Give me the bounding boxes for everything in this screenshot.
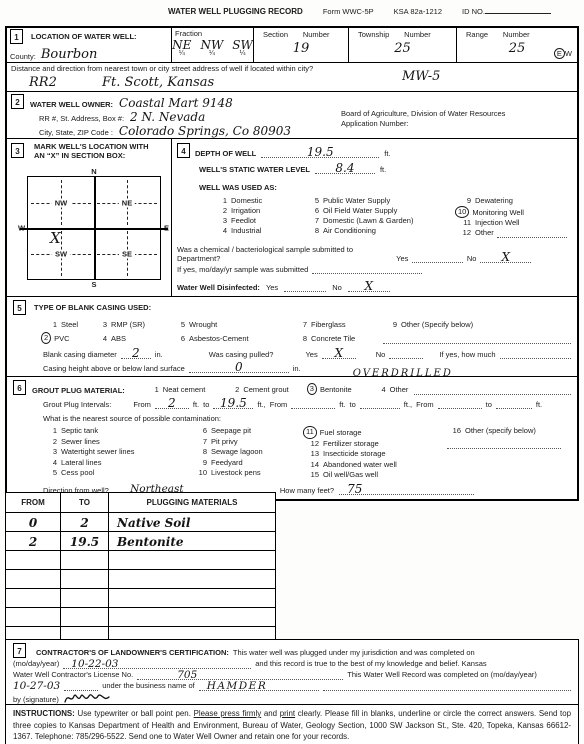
range-number-cell: Range Number 25 EW <box>457 28 577 62</box>
signature-scribble <box>63 691 111 705</box>
in-unit: in. <box>155 350 163 359</box>
row2-material: Bentonite <box>117 536 184 548</box>
use-option-5: 5Public Water Supply <box>305 196 457 206</box>
sample-yes-label: Yes <box>396 254 408 263</box>
ft-unit: ft. <box>536 400 542 409</box>
disinfected-no-blank: X <box>348 284 390 292</box>
pulled-yes-x: X <box>334 347 343 359</box>
ft-unit: ft. <box>339 400 345 409</box>
section-6-title: GROUT PLUG MATERIAL: <box>32 386 125 395</box>
section-5-casing: 5 TYPE OF BLANK CASING USED: 1Steel 3RMP… <box>7 296 577 376</box>
table-row <box>6 570 276 589</box>
grout-other-blank <box>414 387 571 395</box>
completed-date-value: 10-22-03 <box>71 659 118 670</box>
use-option-12: 12Other <box>457 228 567 238</box>
business-name-label: under the business name of <box>102 680 195 691</box>
row1-to: 2 <box>80 517 88 529</box>
township-number-label: Township Number <box>352 29 453 39</box>
range-number-label: Range Number <box>460 29 574 39</box>
section-7-certification: 7 CONTRACTOR'S OF LANDOWNER'S CERTIFICAT… <box>5 639 579 709</box>
section-number-cell: Section Number 19 <box>254 28 349 62</box>
row2-from: 2 <box>29 536 37 548</box>
contamination-label: What is the nearest source of possible c… <box>43 414 571 423</box>
address-value: 2 N. Nevada <box>130 111 205 123</box>
quadrant-sw: SW <box>28 228 94 279</box>
county-value: Bourbon <box>41 48 98 61</box>
instructions-box: INSTRUCTIONS: Use typewriter or ball poi… <box>5 704 579 744</box>
form-title: WATER WELL PLUGGING RECORD <box>168 7 303 16</box>
casing-option-1: 1Steel <box>43 320 93 330</box>
row2-to: 19.5 <box>70 536 99 548</box>
casing-option-9: 9Other (Specify below) <box>383 320 473 330</box>
distance-label: Distance and direction from nearest town… <box>11 64 573 73</box>
board-of-agriculture-block: Board of Agriculture, Division of Water … <box>341 109 505 129</box>
contam-option-8: 8Sewage lagoon <box>193 447 305 458</box>
grout-intervals-label: Grout Plug Intervals: <box>43 400 111 409</box>
use-other-blank <box>497 230 567 238</box>
sections-3-4-row: 3 MARK WELL'S LOCATION WITH AN “X” IN SE… <box>7 138 577 296</box>
ft-unit: ft. <box>380 165 386 174</box>
instructions-text-1: Use typewriter or ball point pen. <box>75 709 194 718</box>
section-5-number: 5 <box>13 300 26 315</box>
instructions-text-2: and <box>261 709 280 718</box>
owner-value: Coastal Mart 9148 <box>119 97 233 109</box>
use-option-4: 4Industrial <box>213 226 305 236</box>
distance-city: Ft. Scott, Kansas <box>102 76 214 89</box>
interval3-to-blank <box>496 401 532 409</box>
section-3-title-line1: MARK WELL'S LOCATION WITH <box>34 142 154 151</box>
sample-question: Was a chemical / bacteriological sample … <box>177 245 392 263</box>
city-state-zip-label: City, State, ZIP Code : <box>39 128 113 137</box>
id-no-label: ID NO. <box>462 6 551 16</box>
use-option-11: 11Injection Well <box>457 218 567 228</box>
use-option-1: 1Domestic <box>213 196 305 206</box>
depth-of-well-value: 19.5 <box>307 146 334 158</box>
casing-diameter-blank: 2 <box>121 351 151 359</box>
table-row <box>6 589 276 608</box>
section-1-location-row: 1 LOCATION OF WATER WELL: County: Bourbo… <box>7 28 577 62</box>
interval1-to-blank: 19.5 <box>213 401 253 409</box>
disinfected-no-label: No <box>332 283 342 292</box>
static-water-level-blank: 8.4 <box>315 166 375 174</box>
fraction-label: Fraction <box>175 29 250 38</box>
contam-option-14: 14Abandoned water well <box>305 460 447 471</box>
use-option-10-circled: 10Monitoring Well <box>457 206 567 218</box>
ft-unit: ft. <box>384 149 390 158</box>
interval1-from-value: 2 <box>168 397 176 409</box>
from-label: From <box>416 400 434 409</box>
use-option-9: 9Dewatering <box>457 196 567 206</box>
pulled-yes-blank: X <box>322 351 356 359</box>
to-label: to <box>486 400 492 409</box>
form-number: Form WWC-5P <box>323 7 374 16</box>
contam-option-2: 2Sewer lines <box>43 437 193 448</box>
section-number-value: 19 <box>257 42 345 55</box>
fraction-2: NW¼ <box>200 39 223 57</box>
casing-option-7: 7Fiberglass <box>293 320 383 330</box>
west-option: W <box>565 49 572 58</box>
ft-unit: ft. <box>193 400 199 409</box>
interval2-from-blank <box>291 401 335 409</box>
overdrilled-note: OVERDRILLED <box>353 368 453 379</box>
contam-option-13: 13Insecticide storage <box>305 449 447 460</box>
grout-option-4: 4Other <box>372 385 409 395</box>
casing-option-5: 5Wrought <box>171 320 293 330</box>
well-use-options: 1Domestic 2Irrigation 3Feedlot 4Industri… <box>213 196 571 238</box>
interval2-to-blank <box>360 401 400 409</box>
license-label: Water Well Contractor's License No. <box>13 669 133 680</box>
pulled-no-blank <box>389 351 423 359</box>
section-3-number: 3 <box>11 143 24 158</box>
casing-option-4: 4ABS <box>93 334 171 344</box>
static-water-level-label: WELL'S STATIC WATER LEVEL <box>199 165 310 174</box>
use-option-2: 2Irrigation <box>213 206 305 216</box>
quadrant-ne: NE <box>94 177 160 228</box>
statute-ref: KSA 82a-1212 <box>394 7 442 16</box>
township-number-value: 25 <box>352 42 453 55</box>
mo-day-year-label: (mo/day/year) <box>13 658 59 669</box>
static-water-level-value: 8.4 <box>335 162 354 174</box>
section-6-number: 6 <box>13 380 26 395</box>
press-firmly-underlined: Please press firmly <box>194 709 262 718</box>
contam-other-blank <box>447 441 561 449</box>
section-number-label: Section Number <box>257 29 345 39</box>
section-2-owner: 2 WATER WELL OWNER: Coastal Mart 9148 RR… <box>7 91 577 138</box>
sample-no-label: No <box>467 254 477 263</box>
record-date-blank <box>64 683 98 691</box>
casing-option-8: 8Concrete Tile <box>293 334 383 344</box>
section-5-title: TYPE OF BLANK CASING USED: <box>34 303 151 312</box>
contam-option-4: 4Lateral lines <box>43 458 193 469</box>
quadrant-nw: NW <box>28 177 94 228</box>
disinfected-label: Water Well Disinfected: <box>177 283 260 292</box>
grout-option-3-circled: 3Bentonite <box>309 383 352 395</box>
form-body: 1 LOCATION OF WATER WELL: County: Bourbo… <box>5 26 579 501</box>
contamination-options: 1Septic tank 2Sewer lines 3Watertight se… <box>43 426 571 481</box>
sample-no-blank: X <box>480 255 531 263</box>
east-circled: E <box>554 48 565 59</box>
contam-option-9: 9Feedyard <box>193 458 305 469</box>
form-header: WATER WELL PLUGGING RECORD Form WWC-5P K… <box>168 6 580 16</box>
pulled-no-label: No <box>376 350 386 359</box>
use-option-8: 8Air Conditioning <box>305 226 457 236</box>
contam-option-16: 16Other (specify below) <box>447 426 571 437</box>
city-state-zip-value: Colorado Springs, Co 80903 <box>119 125 291 137</box>
to-label: to <box>350 400 356 409</box>
interval1-from-blank: 2 <box>155 401 189 409</box>
fraction-cell: Fraction NE¼ NW¼ SW¼ <box>172 28 254 62</box>
section-1-number: 1 <box>10 29 23 44</box>
how-many-feet-label: How many feet? <box>280 486 334 495</box>
grout-option-2: 2Cement grout <box>225 385 288 395</box>
casing-diameter-label: Blank casing diameter <box>43 350 117 359</box>
plugging-materials-table: FROM TO PLUGGING MATERIALS 0 2 Native So… <box>5 492 276 646</box>
from-header: FROM <box>6 493 61 513</box>
casing-height-blank: 0 <box>189 365 289 373</box>
quadrant-se: SE <box>94 228 160 279</box>
instructions-title: INSTRUCTIONS: <box>13 709 75 718</box>
contam-option-12: 12Fertilizer storage <box>305 439 447 450</box>
table-header-row: FROM TO PLUGGING MATERIALS <box>6 493 276 513</box>
section-6-grout: 6 GROUT PLUG MATERIAL: 1Neat cement 2Cem… <box>7 376 577 499</box>
how-much-blank <box>500 351 571 359</box>
fraction-3: SW¼ <box>232 39 253 57</box>
section-3-title-line2: AN “X” IN SECTION BOX: <box>34 151 154 160</box>
certification-text-1: This water well was plugged under my jur… <box>233 647 475 658</box>
well-used-as-label: WELL WAS USED AS: <box>199 183 571 192</box>
contam-option-6: 6Seepage pit <box>193 426 305 437</box>
casing-diameter-value: 2 <box>132 347 140 359</box>
table-row: 2 19.5 Bentonite <box>6 532 276 551</box>
casing-option-3: 3RMP (SR) <box>93 320 171 330</box>
use-option-6: 6Oil Field Water Supply <box>305 206 457 216</box>
well-name: MW-5 <box>402 70 440 83</box>
compass-north: N <box>91 167 96 176</box>
application-number-label: Application Number: <box>341 119 505 129</box>
contam-option-1: 1Septic tank <box>43 426 193 437</box>
certification-title: CONTRACTOR'S OF LANDOWNER'S CERTIFICATIO… <box>36 647 229 658</box>
to-label: to <box>203 400 209 409</box>
plugging-materials-header: PLUGGING MATERIALS <box>109 493 276 513</box>
row1-material: Native Soil <box>117 517 190 529</box>
from-label: From <box>133 400 151 409</box>
section-4-number: 4 <box>177 143 190 158</box>
table-row <box>6 608 276 627</box>
disinfected-no-x: X <box>365 280 374 292</box>
sample-no-x: X <box>501 251 510 263</box>
depth-of-well-label: DEPTH OF WELL <box>195 149 256 158</box>
interval1-to-value: 19.5 <box>220 397 247 409</box>
disinfected-yes-blank <box>284 284 326 292</box>
casing-height-label: Casing height above or below land surfac… <box>43 364 185 373</box>
row1-from: 0 <box>29 517 37 529</box>
address-label: RR #, St. Address, Box #: <box>39 114 124 123</box>
table-row: 0 2 Native Soil <box>6 513 276 532</box>
distance-row: Distance and direction from nearest town… <box>7 62 577 91</box>
section-2-number: 2 <box>11 94 24 109</box>
casing-option-6: 6Asbestos-Cement <box>171 334 293 344</box>
contam-option-10: 10Livestock pens <box>193 468 305 479</box>
from-label: From <box>270 400 288 409</box>
casing-height-value: 0 <box>235 361 243 373</box>
contam-option-7: 7Pit privy <box>193 437 305 448</box>
depth-of-well-blank: 19.5 <box>261 150 379 158</box>
license-value: 705 <box>177 670 197 681</box>
contam-option-3: 3Watertight sewer lines <box>43 447 193 458</box>
distance-rr: RR2 <box>29 76 57 89</box>
ft-comma-unit: ft., <box>404 400 412 409</box>
ft-comma-unit: ft., <box>257 400 265 409</box>
if-yes-sample-label: If yes, mo/day/yr sample was submitted <box>177 265 308 274</box>
in-unit: in. <box>293 364 301 373</box>
business-name-blank: HAMDER <box>199 683 319 691</box>
print-underlined: print <box>280 709 295 718</box>
contam-option-5: 5Cess pool <box>43 468 193 479</box>
location-cell: 1 LOCATION OF WATER WELL: County: Bourbo… <box>7 28 172 62</box>
fraction-1: NE¼ <box>172 39 191 57</box>
water-well-plugging-record-form: WATER WELL PLUGGING RECORD Form WWC-5P K… <box>0 0 584 744</box>
owner-label: WATER WELL OWNER: <box>30 100 113 109</box>
business-name-blank-tail <box>323 683 571 691</box>
east-west-choice: EW <box>554 48 572 59</box>
well-location-x-mark: X <box>50 231 61 246</box>
township-number-cell: Township Number 25 <box>349 28 457 62</box>
certification-text-2: and this record is true to the best of m… <box>255 658 486 669</box>
disinfected-yes-label: Yes <box>266 283 278 292</box>
interval3-from-blank <box>438 401 482 409</box>
casing-other-blank <box>383 336 571 344</box>
casing-option-2-circled: 2PVC <box>43 332 93 344</box>
use-option-3: 3Feedlot <box>213 216 305 226</box>
to-header: TO <box>61 493 109 513</box>
contam-option-11-circled: 11Fuel storage <box>305 426 447 439</box>
compass-south: S <box>91 280 96 289</box>
feet-value: 75 <box>347 483 362 495</box>
business-name-value: HAMDER <box>207 681 267 692</box>
pulled-yes-label: Yes <box>305 350 317 359</box>
sample-yes-blank <box>412 255 463 263</box>
section-location-grid: N S W E NW NE SW SE X <box>27 176 161 280</box>
contam-option-15: 15Oil well/Gas well <box>305 470 447 481</box>
section-7-number: 7 <box>13 643 26 658</box>
how-much-label: If yes, how much <box>439 350 495 359</box>
id-no-blank <box>485 6 551 14</box>
sample-date-blank <box>312 266 422 274</box>
grout-option-1: 1Neat cement <box>145 385 206 395</box>
county-label: County: <box>10 52 36 61</box>
record-date-value: 10-27-03 <box>13 681 60 692</box>
casing-pulled-label: Was casing pulled? <box>209 350 274 359</box>
table-row <box>6 551 276 570</box>
completed-date-blank: 10-22-03 <box>63 661 251 669</box>
section-1-title: LOCATION OF WATER WELL: <box>31 32 137 41</box>
use-option-7: 7Domestic (Lawn & Garden) <box>305 216 457 226</box>
license-blank: 705 <box>137 672 343 680</box>
feet-blank: 75 <box>339 487 474 495</box>
section-3-location-box: 3 MARK WELL'S LOCATION WITH AN “X” IN SE… <box>7 139 172 296</box>
section-4-well-info: 4 DEPTH OF WELL 19.5 ft. WELL'S STATIC W… <box>172 139 577 296</box>
board-line-1: Board of Agriculture, Division of Water … <box>341 109 505 119</box>
certification-text-3: This Water Well Record was completed on … <box>347 669 537 680</box>
